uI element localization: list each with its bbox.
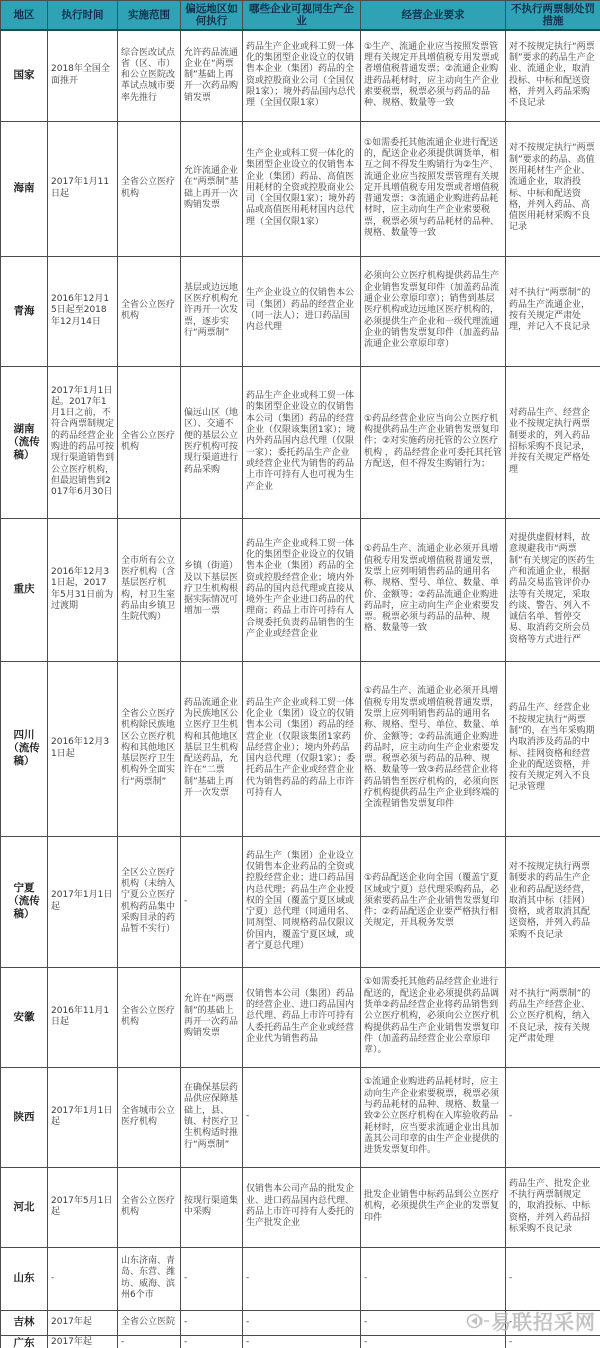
cell-penalty: - (506, 1247, 600, 1310)
cell-exec-time: 2017年起 (48, 1310, 118, 1335)
cell-exec-time: 2017年1月1日起 (48, 1067, 118, 1167)
region-cell: 宁夏（流传稿） (1, 836, 48, 967)
cell-scope: 全区公立医疗机构（未纳入宁夏公立医疗机构药品集中采购目录的药品暂不实行） (118, 836, 181, 967)
cell-operator-requirements: ①生产、流通企业应当按照发票管理有关规定开具增值税专用发票或者增值税普通发票；②… (361, 30, 506, 121)
cell-remote-exec: 允许流通企业在“两票制”基础上再开一次购销发票 (181, 121, 243, 256)
cell-exec-time: 2017年1月1日起。2017年1月1日之前，不符合两票制规定的药品经营企业购进… (48, 366, 118, 518)
region-cell: 湖南（流传稿） (1, 366, 48, 518)
cell-scope: 山东济南、青岛、东营、潍坊、威海、滨州6个市 (118, 1247, 181, 1310)
cell-operator-requirements: ①药品生产、流通企业必须开具增值税专用发票或增值税普通发票，发票上应列明销售药品… (361, 518, 506, 661)
cell-remote-exec: 乡镇（街道）及以下基层医疗卫生机构根据实际情况可增加一票 (181, 518, 243, 661)
region-cell: 安徽 (1, 967, 48, 1067)
cell-penalty: 对药品生产、经营企业不按规定执行两票制要求的，列入药品招标采购不良记录，并按有关… (506, 366, 600, 518)
column-header: 执行时间 (48, 1, 118, 31)
table-row: 湖南（流传稿）2017年1月1日起。2017年1月1日之前，不符合两票制规定的药… (1, 366, 600, 518)
cell-penalty: 对提供虚假材料，故意规避我市“两票制”有关规定的医药生产和流通企业，根据药品交易… (506, 518, 600, 661)
region-cell: 海南 (1, 121, 48, 256)
cell-deemed-producer: 药品生产企业或科工贸一体的集团型企业设立的仅销售本公司（集团）药品的经营企业（仅… (243, 366, 361, 518)
cell-deemed-producer: 药品生产企业或科工贸一体化的集团型企业设立的仅销售本企业（集团）药品的全资或控股… (243, 518, 361, 661)
region-cell: 吉林 (1, 1310, 48, 1335)
cell-remote-exec: 药品流通企业为民族地区公立医疗卫生机构和其他地区基层卫生机构配送药品，允许在“二… (181, 661, 243, 836)
table-row: 陕西2017年1月1日起全省城市公立医疗机构在确保基层药品供应保障基础上，县、镇… (1, 1067, 600, 1167)
table-row: 山东-山东济南、青岛、东营、潍坊、威海、滨州6个市---- (1, 1247, 600, 1310)
cell-operator-requirements: 批发企业销售中标药品到公立医疗机构，必须提供生产企业的发票复印件 (361, 1167, 506, 1247)
region-cell: 陕西 (1, 1067, 48, 1167)
cell-exec-time: 2016年12月31日起，2017年5月31日前为过渡期 (48, 518, 118, 661)
cell-scope: 全省公立医疗机构 (118, 1167, 181, 1247)
cell-penalty: 对不按规定执行“两票制”要求的药品生产企业、流通企业，取消投标、中标和配送资格，… (506, 30, 600, 121)
cell-penalty: 对不执行“两票制”的药品生产经营企业、公立医疗机构，纳入不良记录，按有关规定严肃… (506, 967, 600, 1067)
table-row: 安徽2016年11月1日起全省公立医疗机构允许在“两票制”的基础上再开一次药品购… (1, 967, 600, 1067)
cell-scope: 综合医改试点省（区、市）和公立医院改革试点城市要率先推行 (118, 30, 181, 121)
cell-operator-requirements: ①药品经营企业应当向公立医疗机构提供药品生产企业销售发票复印件；②对实施药房托管… (361, 366, 506, 518)
table-row: 广东2017年起----- (1, 1335, 600, 1348)
cell-deemed-producer: 药品生产企业或科工贸一体化企业（集团）设立的仅销售本公司（集团）药品的经营企业（… (243, 661, 361, 836)
cell-exec-time: - (48, 1247, 118, 1310)
cell-exec-time: 2016年11月1日起 (48, 967, 118, 1067)
cell-deemed-producer: 仅销售本公司产品的批发企业、进口药品国内总代理、药品上市许可持有人委托的生产批发… (243, 1167, 361, 1247)
cell-remote-exec: 按现行渠道集中采购 (181, 1167, 243, 1247)
cell-deemed-producer: - (243, 1067, 361, 1167)
column-header: 哪些企业可视同生产企业 (243, 1, 361, 31)
cell-penalty: - (506, 1067, 600, 1167)
cell-deemed-producer: 药品生产（集团）企业设立仅销售本企业药品的全资或控股经营企业；进口药品国内总代理… (243, 836, 361, 967)
column-header: 不执行两票制处罚措施 (506, 1, 600, 31)
cell-penalty: 药品生产、经营企业不按规定执行“两票制”的，在当年采购期内取消涉及药品的中标、挂… (506, 661, 600, 836)
cell-deemed-producer: - (243, 1310, 361, 1335)
cell-scope: 全省公立医疗机构 (118, 121, 181, 256)
table-row: 吉林2017年起全省公立医院---- (1, 1310, 600, 1335)
header-row: 地区执行时间实施范围偏远地区如何执行哪些企业可视同生产企业经营企业要求不执行两票… (1, 1, 600, 31)
column-header: 实施范围 (118, 1, 181, 31)
cell-scope: 全市所有公立医疗机构（含基层医疗机构，村卫生室药品由乡镇卫生院代购） (118, 518, 181, 661)
column-header: 偏远地区如何执行 (181, 1, 243, 31)
cell-penalty: 对不按规定执行“两票制”要求的药品、高值医用耗材生产企业、流通企业，取消投标、中… (506, 121, 600, 256)
cell-penalty: 药品生产、批发企业不执行两票制规定的，取消投标、中标资格，并列入药品招标采购不良… (506, 1167, 600, 1247)
cell-deemed-producer: 仅销售本公司（集团）药品的经营企业、进口药品国内总代理、药品上市许可持有人委托药… (243, 967, 361, 1067)
cell-remote-exec: 偏远山区（地区）、交通不便的基层公立医疗机构可按现行渠道进行药品采购 (181, 366, 243, 518)
cell-operator-requirements: ①如需委托其他药品经营企业进行配送的，配送企业必须提供药品调货单②药品经营企业将… (361, 967, 506, 1067)
region-cell: 广东 (1, 1335, 48, 1348)
table-row: 宁夏（流传稿）2017年1月1日起全区公立医疗机构（未纳入宁夏公立医疗机构药品集… (1, 836, 600, 967)
cell-scope: 全省公立医院 (118, 1310, 181, 1335)
cell-operator-requirements: ①药品生产、流通企业必须开具增值税专用发票或增值税普通发票，发票上应列明销售药品… (361, 661, 506, 836)
cell-scope: 全省公立医疗机构 (118, 967, 181, 1067)
cell-exec-time: 2017年5月1日起 (48, 1167, 118, 1247)
two-invoice-policy-table: 地区执行时间实施范围偏远地区如何执行哪些企业可视同生产企业经营企业要求不执行两票… (0, 0, 600, 1348)
cell-penalty: 对不按规定执行两票制要求的药品生产企业和药品配送经营，取消其中标（挂网）资格，或… (506, 836, 600, 967)
cell-penalty: - (506, 1335, 600, 1348)
cell-operator-requirements: ①流通企业购进药品耗材时，应主动向生产企业索要税票，税票必须与药品耗材的品种、规… (361, 1067, 506, 1167)
table-row: 四川（流传稿）2016年12月31日起全省公立医疗机构除民族地区公立医疗机构和其… (1, 661, 600, 836)
cell-deemed-producer: 生产企业设立的仅销售本公司（集团）药品的经营企业（同一法人）；进口药品国内总代理 (243, 256, 361, 366)
cell-operator-requirements: - (361, 1335, 506, 1348)
cell-penalty: 对不执行“两票制”的药品生产流通企业，按有关规定严肃处理，并记入不良记录 (506, 256, 600, 366)
cell-deemed-producer: - (243, 1335, 361, 1348)
cell-exec-time: 2016年12月31日起 (48, 661, 118, 836)
cell-penalty: - (506, 1310, 600, 1335)
region-cell: 四川（流传稿） (1, 661, 48, 836)
cell-deemed-producer: 药品生产企业或科工贸一体化的集团型企业设立的仅销售本企业（集团）药品的全资或控股… (243, 30, 361, 121)
cell-operator-requirements: ①药品配送企业向全国（覆盖宁夏区域或宁夏）总代理采购药品，必须索要药品生产企业销… (361, 836, 506, 967)
cell-operator-requirements: ①如需委托其他流通企业进行配送的，配送企业必须提供调货单，相互之间不得发生购销行… (361, 121, 506, 256)
region-cell: 山东 (1, 1247, 48, 1310)
column-header: 地区 (1, 1, 48, 31)
table-row: 河北2017年5月1日起全省公立医疗机构按现行渠道集中采购仅销售本公司产品的批发… (1, 1167, 600, 1247)
cell-remote-exec: - (181, 1247, 243, 1310)
table-row: 青海2016年12月15日起至2018年12月14日全省公立医疗机构基层或边远地… (1, 256, 600, 366)
region-cell: 重庆 (1, 518, 48, 661)
cell-exec-time: 2018年全国全面推开 (48, 30, 118, 121)
cell-remote-exec: 允许药品流通企业在“两票制”基础上再开一次药品购销发票 (181, 30, 243, 121)
cell-exec-time: 2016年12月15日起至2018年12月14日 (48, 256, 118, 366)
cell-scope: 全省公立医疗机构 (118, 366, 181, 518)
column-header: 经营企业要求 (361, 1, 506, 31)
cell-remote-exec: 基层或边远地区医疗机构允许再开一次发票，逐步实行“两票制” (181, 256, 243, 366)
region-cell: 河北 (1, 1167, 48, 1247)
cell-remote-exec: 在确保基层药品供应保障基础上，县、镇、村医疗卫生机构适时推行“两票制” (181, 1067, 243, 1167)
cell-remote-exec: - (181, 1335, 243, 1348)
cell-remote-exec: - (181, 836, 243, 967)
table-body: 国家2018年全国全面推开综合医改试点省（区、市）和公立医院改革试点城市要率先推… (1, 30, 600, 1348)
cell-exec-time: 2017年1月11日起 (48, 121, 118, 256)
cell-scope: 全省公立医疗机构 (118, 256, 181, 366)
cell-remote-exec: - (181, 1310, 243, 1335)
cell-remote-exec: 允许在“两票制”的基础上再开一次药品购销发票 (181, 967, 243, 1067)
table-row: 国家2018年全国全面推开综合医改试点省（区、市）和公立医院改革试点城市要率先推… (1, 30, 600, 121)
cell-exec-time: 2017年1月1日起 (48, 836, 118, 967)
cell-operator-requirements: - (361, 1247, 506, 1310)
cell-exec-time: 2017年起 (48, 1335, 118, 1348)
cell-scope: - (118, 1335, 181, 1348)
region-cell: 青海 (1, 256, 48, 366)
cell-deemed-producer: - (243, 1247, 361, 1310)
table-row: 重庆2016年12月31日起，2017年5月31日前为过渡期全市所有公立医疗机构… (1, 518, 600, 661)
cell-operator-requirements: - (361, 1310, 506, 1335)
table-row: 海南2017年1月11日起全省公立医疗机构允许流通企业在“两票制”基础上再开一次… (1, 121, 600, 256)
two-invoice-policy-page: 地区执行时间实施范围偏远地区如何执行哪些企业可视同生产企业经营企业要求不执行两票… (0, 0, 600, 1348)
cell-scope: 全省公立医疗机构除民族地区公立医疗机构和其他地区基层医疗卫生机构外全面实行“两票… (118, 661, 181, 836)
region-cell: 国家 (1, 30, 48, 121)
cell-scope: 全省城市公立医疗机构 (118, 1067, 181, 1167)
cell-operator-requirements: 必须向公立医疗机构提供药品生产企业销售发票复印件（加盖药品流通企业公章原印章）；… (361, 256, 506, 366)
cell-deemed-producer: 生产企业或科工贸一体化的集团型企业设立的仅销售本企业（集团）药品、高值医用耗材的… (243, 121, 361, 256)
